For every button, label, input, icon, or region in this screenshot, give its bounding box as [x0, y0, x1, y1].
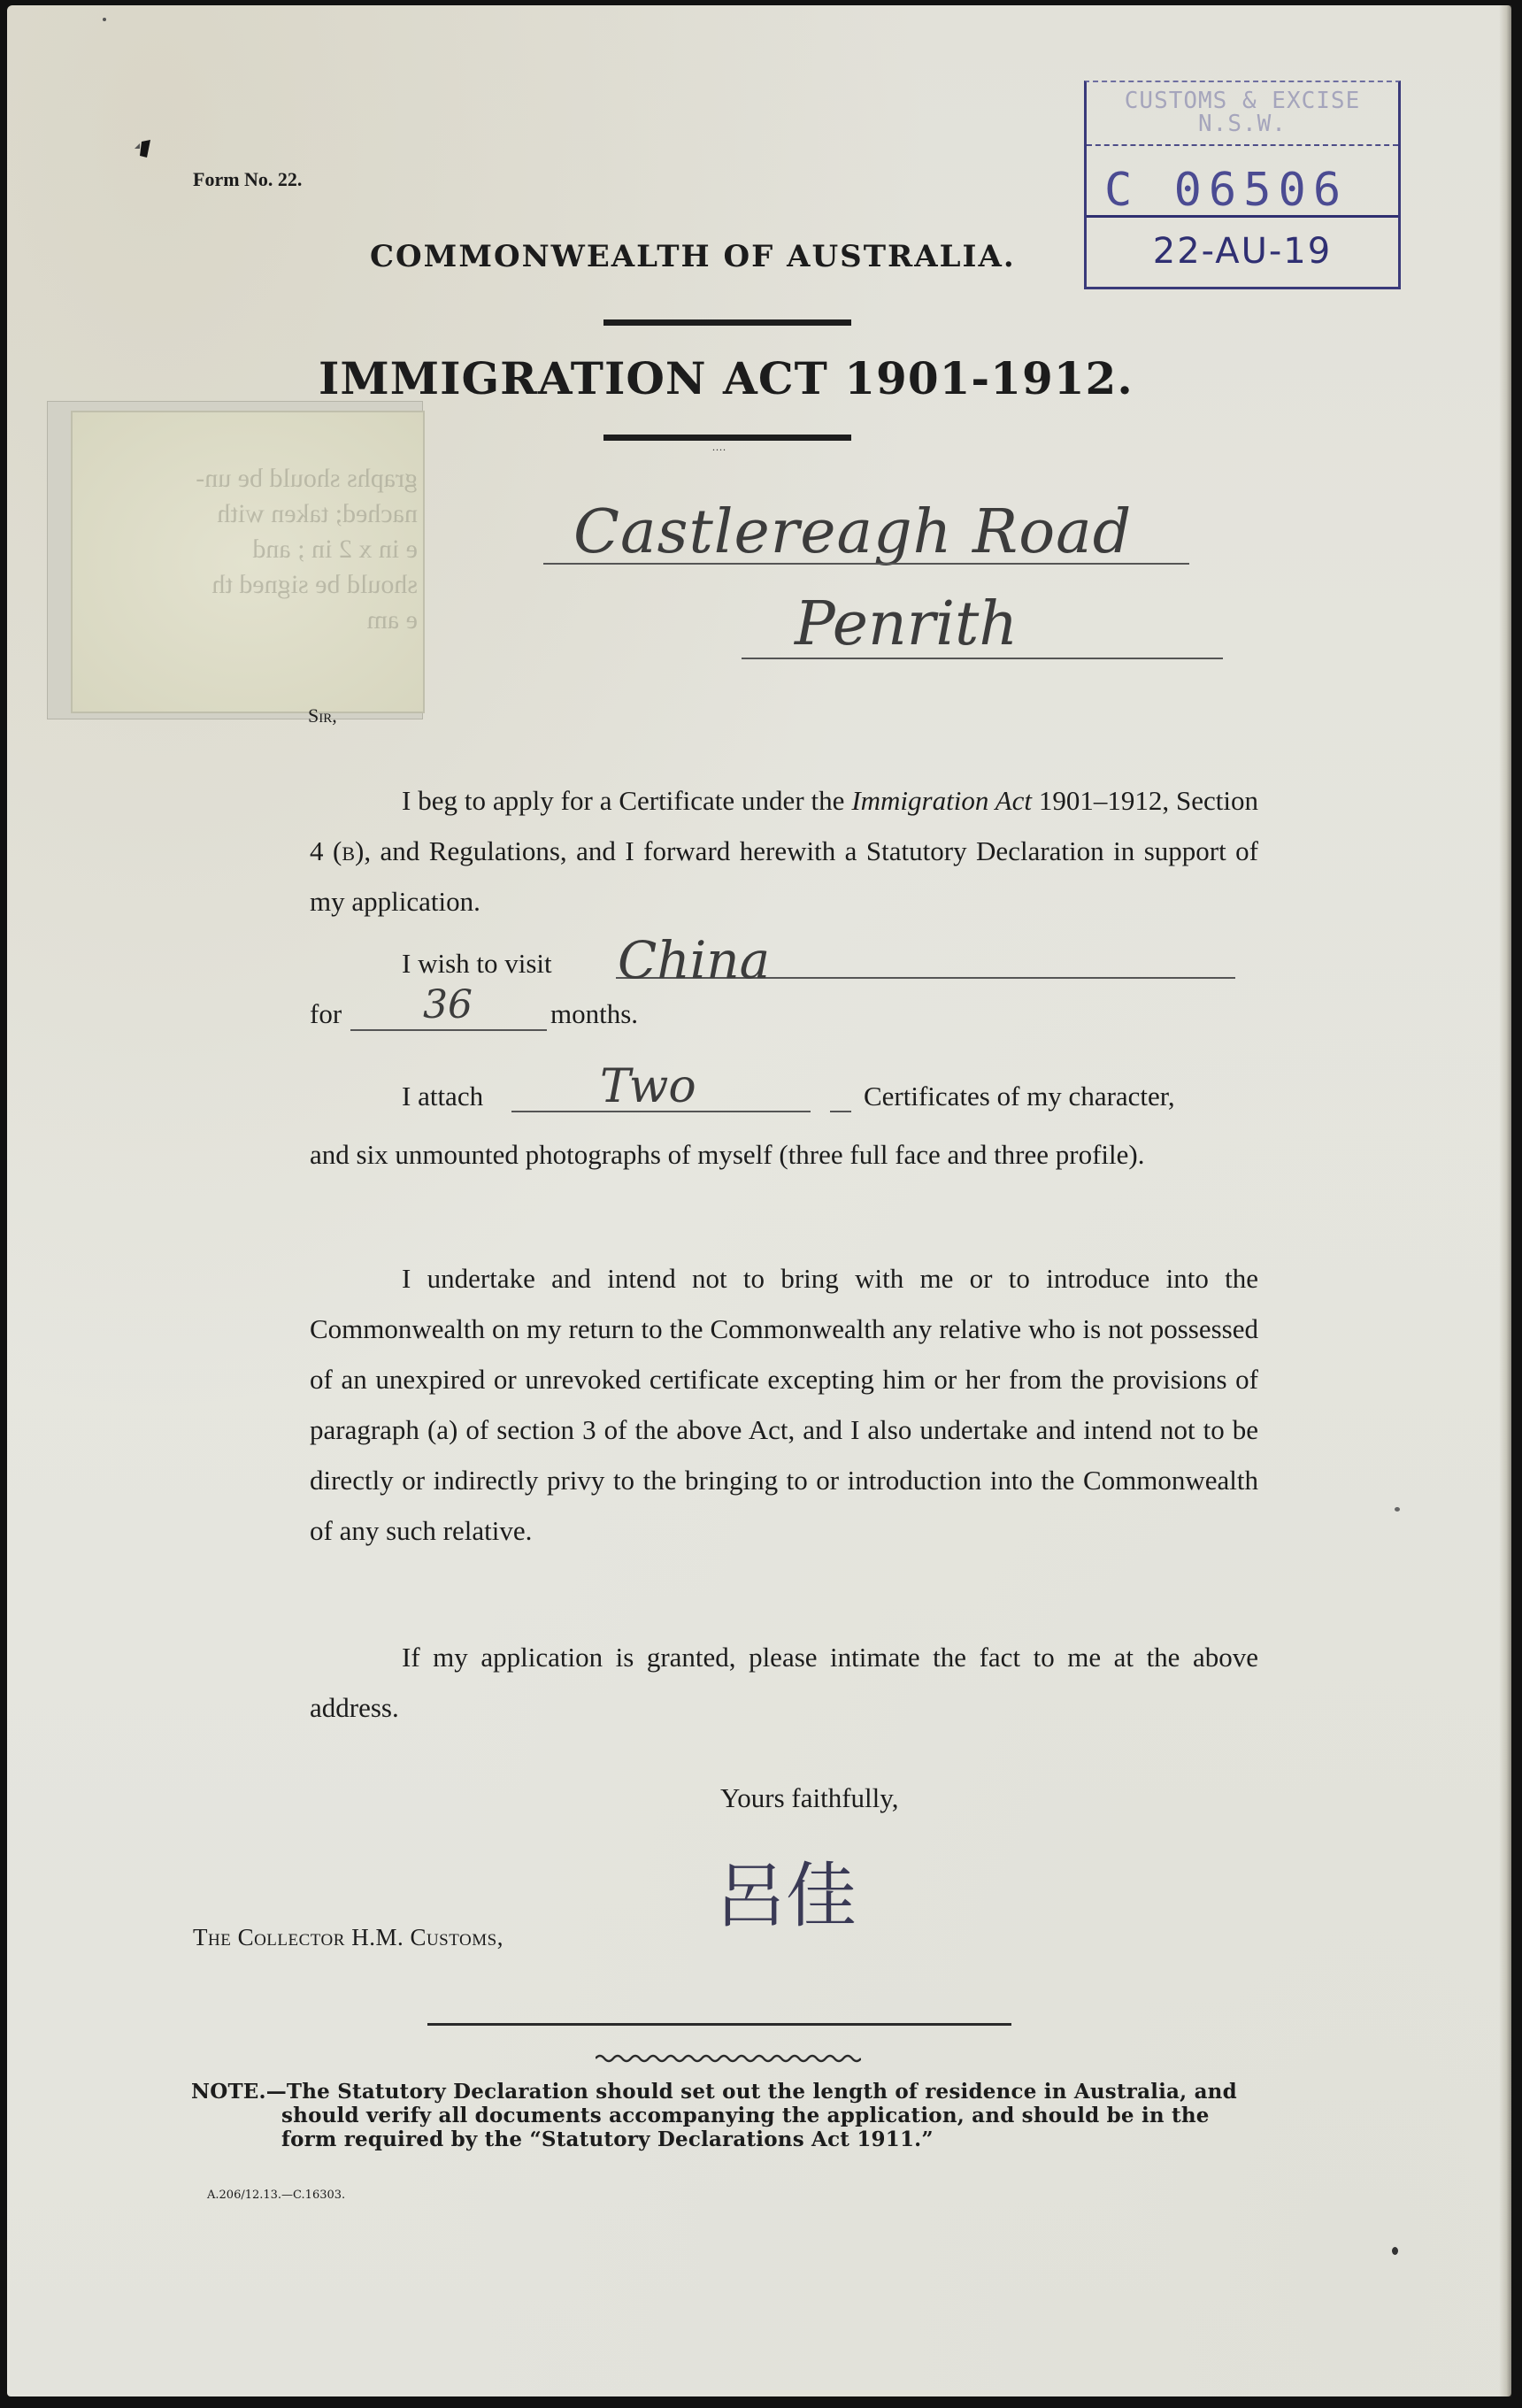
para1-text-c: ), and Regulations, and I forward herewi… [310, 835, 1258, 917]
stamp-divider [1087, 144, 1398, 146]
note-label: NOTE.— [191, 2080, 287, 2104]
valediction: Yours faithfully, [720, 1782, 899, 1814]
title-rule-bottom [603, 435, 851, 441]
photo-slip: graphs should be un- nached; taken with … [71, 411, 425, 713]
address-line-2 [742, 658, 1223, 659]
stamp-state: N.S.W. [1092, 112, 1393, 135]
bleed-line: nached; taken with [135, 496, 418, 532]
stamp-date: 22-AU-19 [1087, 231, 1398, 272]
form-number: Form No. 22. [193, 168, 302, 191]
country-heading: COMMONWEALTH OF AUSTRALIA. [370, 239, 1016, 274]
salutation: Sir, [308, 704, 337, 727]
paper-speck [103, 18, 106, 21]
page-edge [1499, 5, 1511, 2396]
document-page: Form No. 22. COMMONWEALTH OF AUSTRALIA. … [7, 5, 1511, 2396]
bleed-line: e in x 2 in ; and [135, 532, 418, 567]
wavy-ornament-icon [596, 2051, 861, 2066]
stamp-divider [1087, 215, 1398, 218]
photo-bleedthrough-text: graphs should be un- nached; taken with … [135, 461, 418, 638]
visit-label: I wish to visit [402, 948, 552, 980]
para1-italic: Immigration Act [851, 785, 1032, 816]
addressee: The Collector H.M. Customs, [193, 1924, 503, 1951]
bleed-line: e am [135, 603, 418, 638]
applicant-signature: 呂佳 [715, 1839, 857, 1941]
paper-speck [1395, 1507, 1400, 1512]
months-label: months. [550, 998, 638, 1030]
address-street: Castlereagh Road [573, 497, 1132, 567]
customs-stamp: CUSTOMS & EXCISE N.S.W. C 06506 22-AU-19 [1084, 81, 1401, 289]
application-paragraph: I beg to apply for a Certificate under t… [310, 775, 1258, 927]
duration-value: 36 [423, 982, 473, 1027]
act-title: IMMIGRATION ACT 1901-1912. [319, 352, 1134, 404]
address-town: Penrith [795, 589, 1018, 659]
duration-field [350, 1029, 547, 1031]
para1-text-a: I beg to apply for a Certificate under t… [402, 785, 851, 816]
visit-destination-value: China [618, 930, 770, 990]
print-code: A.206/12.13.—C.16303. [207, 2189, 345, 2202]
certificate-count-field-tail [830, 1111, 851, 1112]
title-rule-top [603, 319, 851, 326]
stamp-agency: CUSTOMS & EXCISE [1092, 89, 1393, 112]
undertaking-paragraph: I undertake and intend not to bring with… [310, 1253, 1258, 1556]
stamp-number: C 06506 [1104, 164, 1348, 217]
attach-rest-text: Certificates of my character, [864, 1081, 1258, 1112]
ornament-dots: .... [712, 441, 726, 454]
address-line-1 [543, 563, 1189, 565]
divider-line [427, 2023, 1011, 2026]
para1-smallcap: b [342, 835, 355, 866]
bleed-line: should be signed th [135, 567, 418, 603]
paper-speck [1392, 2247, 1398, 2255]
for-label: for [310, 998, 342, 1030]
bleed-line: graphs should be un- [135, 461, 418, 496]
attach-label: I attach [402, 1081, 483, 1112]
footnote: NOTE.—The Statutory Declaration should s… [191, 2080, 1262, 2151]
notification-paragraph: If my application is granted, please int… [310, 1632, 1258, 1733]
note-text: The Statutory Declaration should set out… [281, 2080, 1237, 2151]
photos-paragraph: and six unmounted photographs of myself … [310, 1129, 1258, 1180]
corner-ink-mark-icon [133, 138, 152, 159]
certificate-count-value: Two [600, 1060, 696, 1113]
stamp-agency-block: CUSTOMS & EXCISE N.S.W. [1092, 89, 1393, 135]
